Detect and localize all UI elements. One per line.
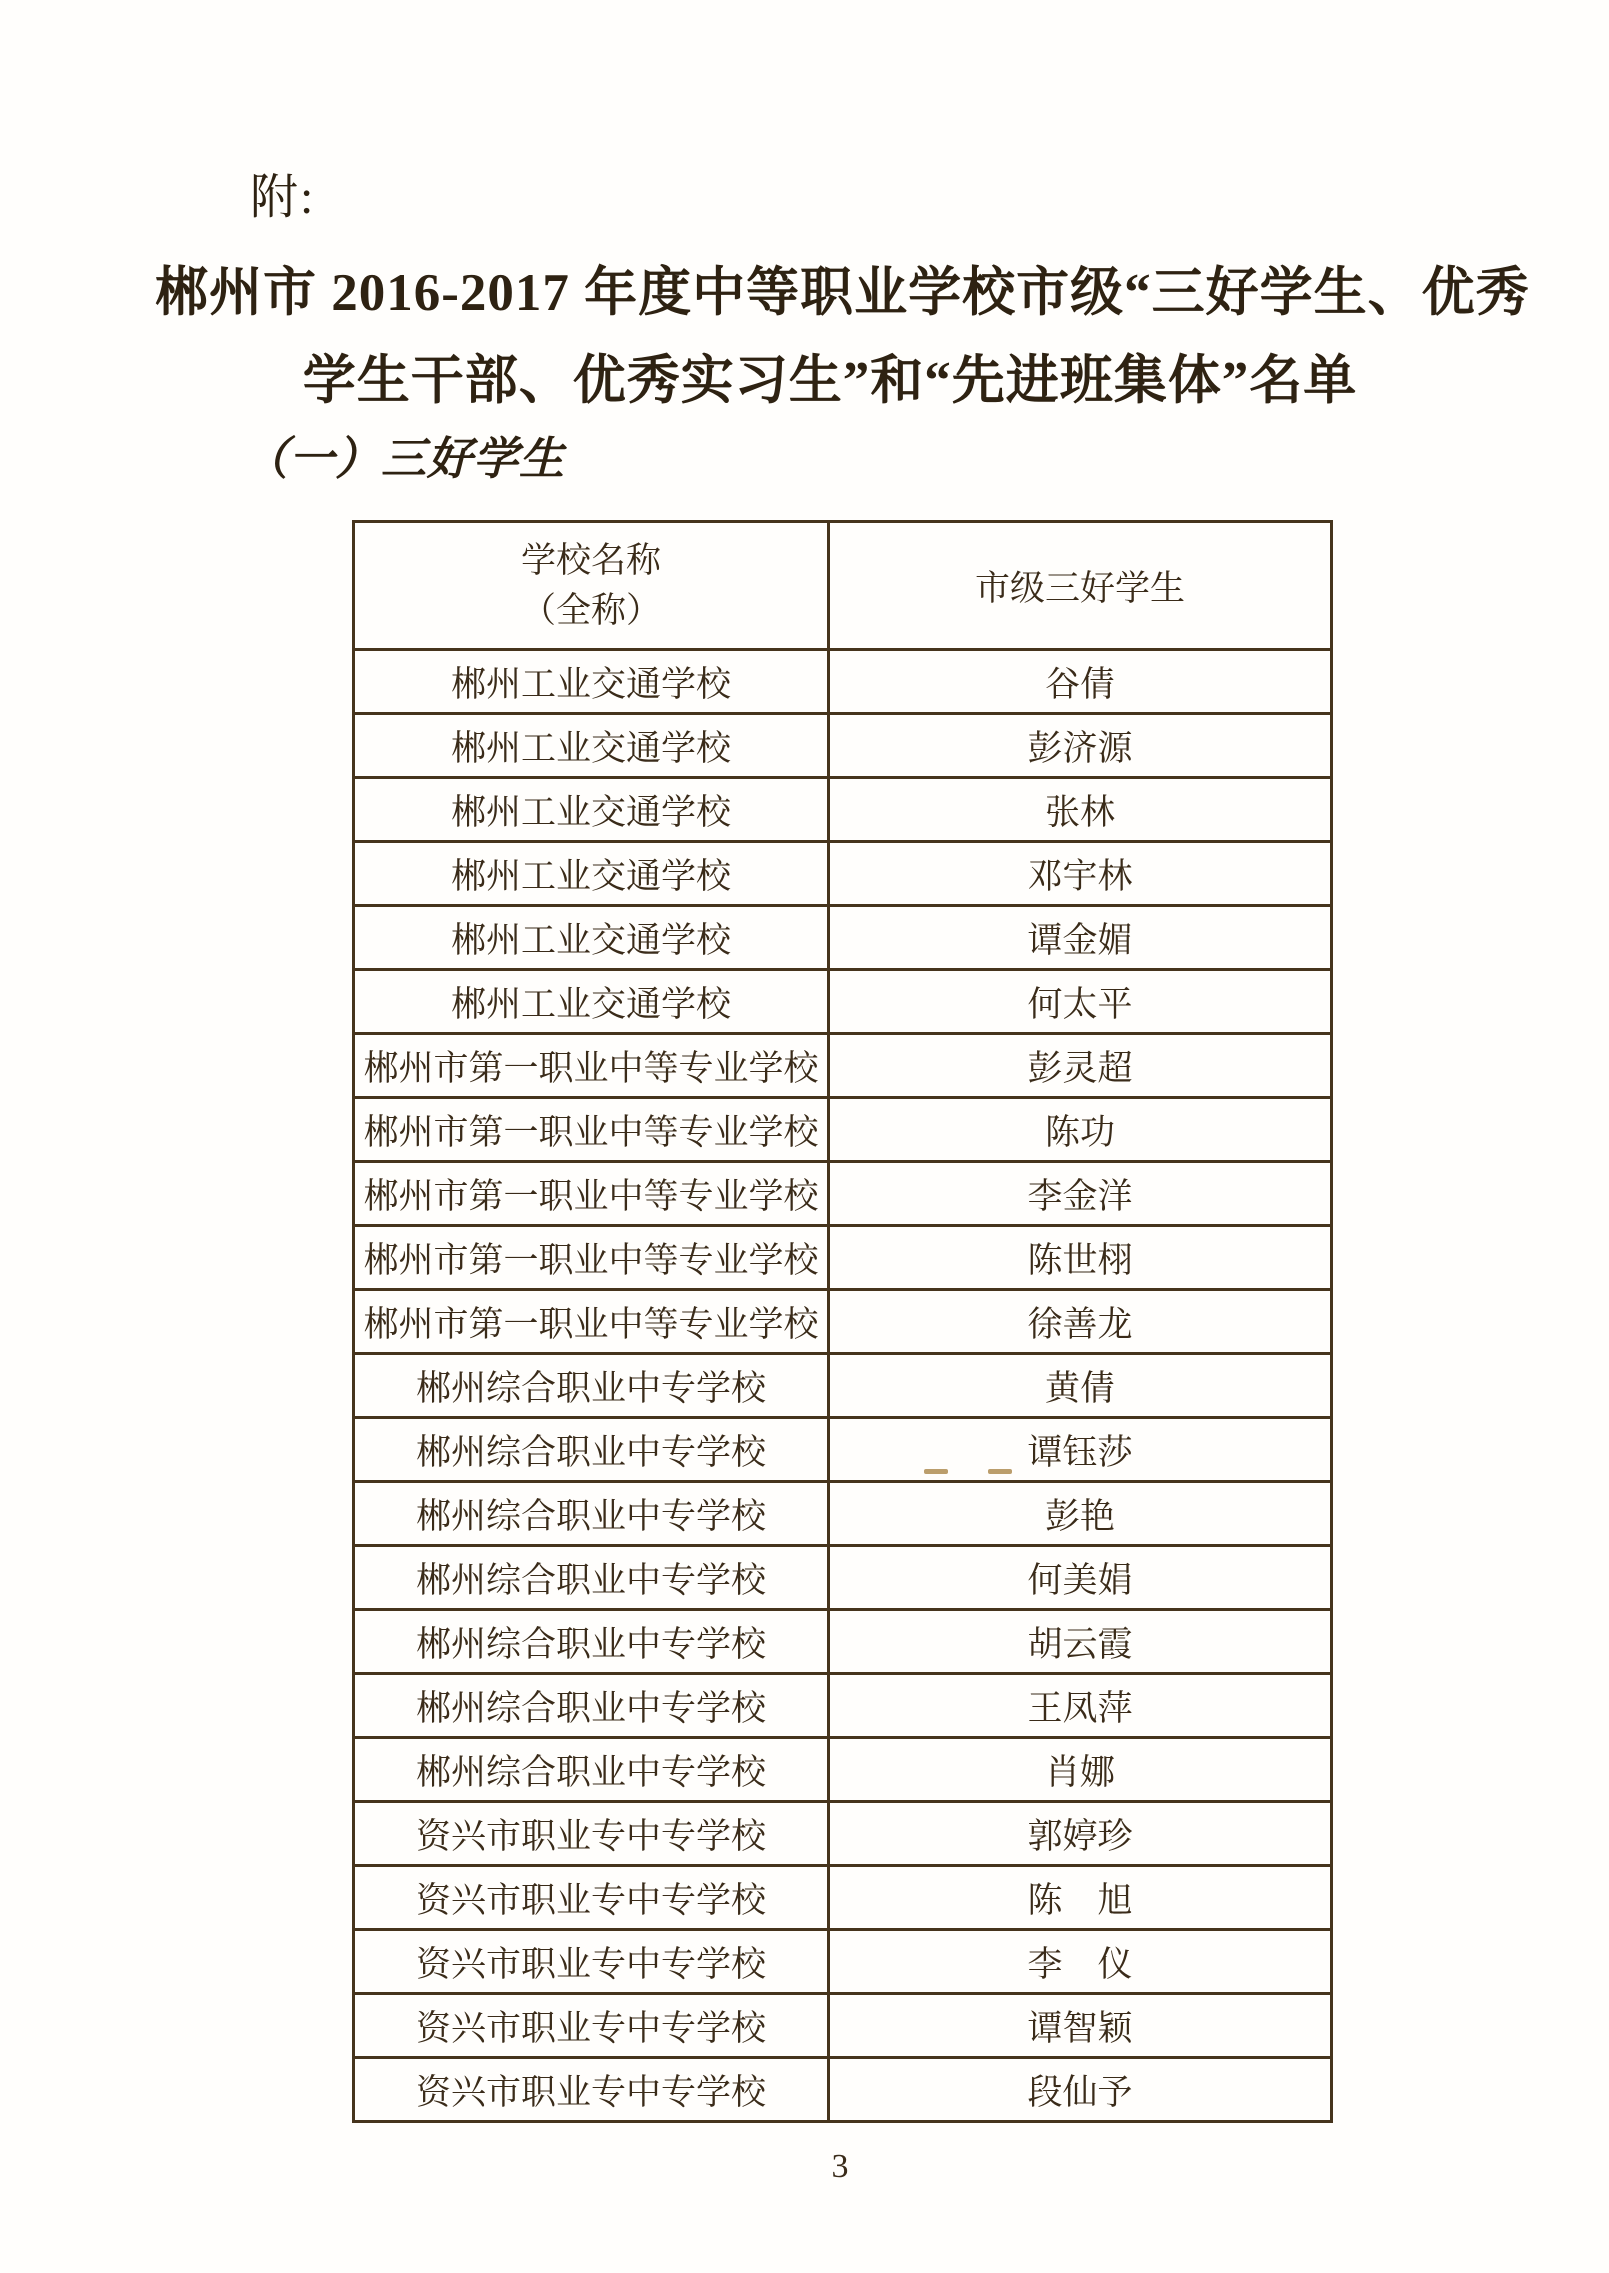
table-row: 郴州综合职业中专学校 何美娟 — [354, 1546, 1332, 1610]
table-header-row: 学校名称 （全称） 市级三好学生 — [354, 522, 1332, 650]
table-row: 郴州市第一职业中等专业学校 陈世栩 — [354, 1226, 1332, 1290]
document-page: 附: 郴州市 2016-2017 年度中等职业学校市级“三好学生、优秀 学生干部… — [0, 0, 1609, 2273]
school-name-cell: 郴州市第一职业中等专业学校 — [354, 1098, 829, 1162]
student-header: 市级三好学生 — [829, 522, 1332, 650]
student-name-cell: 何美娟 — [829, 1546, 1332, 1610]
section-heading: （一）三好学生 — [243, 430, 565, 488]
student-name-cell: 肖娜 — [829, 1738, 1332, 1802]
scan-artifact-dash — [988, 1469, 1012, 1474]
school-name-cell: 郴州市第一职业中等专业学校 — [354, 1034, 829, 1098]
student-name-cell: 何太平 — [829, 970, 1332, 1034]
three-good-students-table: 学校名称 （全称） 市级三好学生 郴州工业交通学校 谷倩 郴州工业交通学校 彭济… — [352, 520, 1333, 2123]
table-row: 资兴市职业专中专学校 段仙予 — [354, 2058, 1332, 2122]
school-name-cell: 资兴市职业专中专学校 — [354, 1802, 829, 1866]
student-name-cell: 谷倩 — [829, 650, 1332, 714]
school-header-line2: （全称） — [359, 586, 823, 636]
student-name-cell: 邓宇林 — [829, 842, 1332, 906]
student-name-cell: 陈世栩 — [829, 1226, 1332, 1290]
school-name-cell: 资兴市职业专中专学校 — [354, 1866, 829, 1930]
student-name-cell: 彭艳 — [829, 1482, 1332, 1546]
table-row: 郴州市第一职业中等专业学校 李金洋 — [354, 1162, 1332, 1226]
table-row: 郴州工业交通学校 张林 — [354, 778, 1332, 842]
table-row: 郴州综合职业中专学校 黄倩 — [354, 1354, 1332, 1418]
school-name-cell: 郴州综合职业中专学校 — [354, 1418, 829, 1482]
table-row: 郴州综合职业中专学校 谭钰莎 — [354, 1418, 1332, 1482]
table-row: 郴州综合职业中专学校 肖娜 — [354, 1738, 1332, 1802]
table-row: 资兴市职业专中专学校 谭智颖 — [354, 1994, 1332, 2058]
school-header-line1: 学校名称 — [359, 536, 823, 586]
student-name-cell: 徐善龙 — [829, 1290, 1332, 1354]
school-name-cell: 郴州工业交通学校 — [354, 906, 829, 970]
school-name-cell: 郴州综合职业中专学校 — [354, 1674, 829, 1738]
table-row: 郴州工业交通学校 谭金媚 — [354, 906, 1332, 970]
student-name-cell: 陈功 — [829, 1098, 1332, 1162]
school-name-cell: 资兴市职业专中专学校 — [354, 1930, 829, 1994]
table-row: 郴州市第一职业中等专业学校 徐善龙 — [354, 1290, 1332, 1354]
school-name-cell: 郴州综合职业中专学校 — [354, 1546, 829, 1610]
school-name-header: 学校名称 （全称） — [354, 522, 829, 650]
student-name-cell: 段仙予 — [829, 2058, 1332, 2122]
table-row: 郴州市第一职业中等专业学校 彭灵超 — [354, 1034, 1332, 1098]
student-name-cell: 彭灵超 — [829, 1034, 1332, 1098]
school-name-cell: 郴州工业交通学校 — [354, 714, 829, 778]
school-name-cell: 资兴市职业专中专学校 — [354, 2058, 829, 2122]
school-name-cell: 郴州工业交通学校 — [354, 970, 829, 1034]
student-name-cell: 谭金媚 — [829, 906, 1332, 970]
student-name-cell: 谭智颖 — [829, 1994, 1332, 2058]
table-row: 郴州综合职业中专学校 王凤萍 — [354, 1674, 1332, 1738]
document-title-line1: 郴州市 2016-2017 年度中等职业学校市级“三好学生、优秀 — [155, 258, 1505, 328]
school-name-cell: 郴州综合职业中专学校 — [354, 1738, 829, 1802]
student-name-cell: 王凤萍 — [829, 1674, 1332, 1738]
table-row: 资兴市职业专中专学校 郭婷珍 — [354, 1802, 1332, 1866]
student-name-cell: 彭济源 — [829, 714, 1332, 778]
school-name-cell: 郴州市第一职业中等专业学校 — [354, 1162, 829, 1226]
student-name-cell: 郭婷珍 — [829, 1802, 1332, 1866]
student-name-cell: 李 仪 — [829, 1930, 1332, 1994]
student-name-cell: 黄倩 — [829, 1354, 1332, 1418]
school-name-cell: 郴州综合职业中专学校 — [354, 1354, 829, 1418]
student-name-cell: 谭钰莎 — [829, 1418, 1332, 1482]
school-name-cell: 郴州市第一职业中等专业学校 — [354, 1290, 829, 1354]
table-row: 资兴市职业专中专学校 李 仪 — [354, 1930, 1332, 1994]
scan-artifact-dash — [924, 1469, 948, 1474]
school-name-cell: 资兴市职业专中专学校 — [354, 1994, 829, 2058]
student-name-cell: 张林 — [829, 778, 1332, 842]
table-row: 郴州工业交通学校 何太平 — [354, 970, 1332, 1034]
table-row: 郴州综合职业中专学校 胡云霞 — [354, 1610, 1332, 1674]
school-name-cell: 郴州工业交通学校 — [354, 650, 829, 714]
school-name-cell: 郴州工业交通学校 — [354, 842, 829, 906]
attachment-label: 附: — [250, 168, 315, 228]
student-name-cell: 陈 旭 — [829, 1866, 1332, 1930]
student-name-cell: 李金洋 — [829, 1162, 1332, 1226]
table-body: 郴州工业交通学校 谷倩 郴州工业交通学校 彭济源 郴州工业交通学校 张林 郴州工… — [354, 650, 1332, 2122]
table-row: 郴州综合职业中专学校 彭艳 — [354, 1482, 1332, 1546]
table-row: 郴州工业交通学校 彭济源 — [354, 714, 1332, 778]
table-row: 资兴市职业专中专学校 陈 旭 — [354, 1866, 1332, 1930]
school-name-cell: 郴州工业交通学校 — [354, 778, 829, 842]
table-head: 学校名称 （全称） 市级三好学生 — [354, 522, 1332, 650]
document-title-line2: 学生干部、优秀实习生”和“先进班集体”名单 — [155, 346, 1505, 416]
student-name-cell: 胡云霞 — [829, 1610, 1332, 1674]
page-number: 3 — [780, 2148, 900, 2186]
school-name-cell: 郴州市第一职业中等专业学校 — [354, 1226, 829, 1290]
table-row: 郴州工业交通学校 邓宇林 — [354, 842, 1332, 906]
school-name-cell: 郴州综合职业中专学校 — [354, 1610, 829, 1674]
table-row: 郴州工业交通学校 谷倩 — [354, 650, 1332, 714]
school-name-cell: 郴州综合职业中专学校 — [354, 1482, 829, 1546]
table-row: 郴州市第一职业中等专业学校 陈功 — [354, 1098, 1332, 1162]
